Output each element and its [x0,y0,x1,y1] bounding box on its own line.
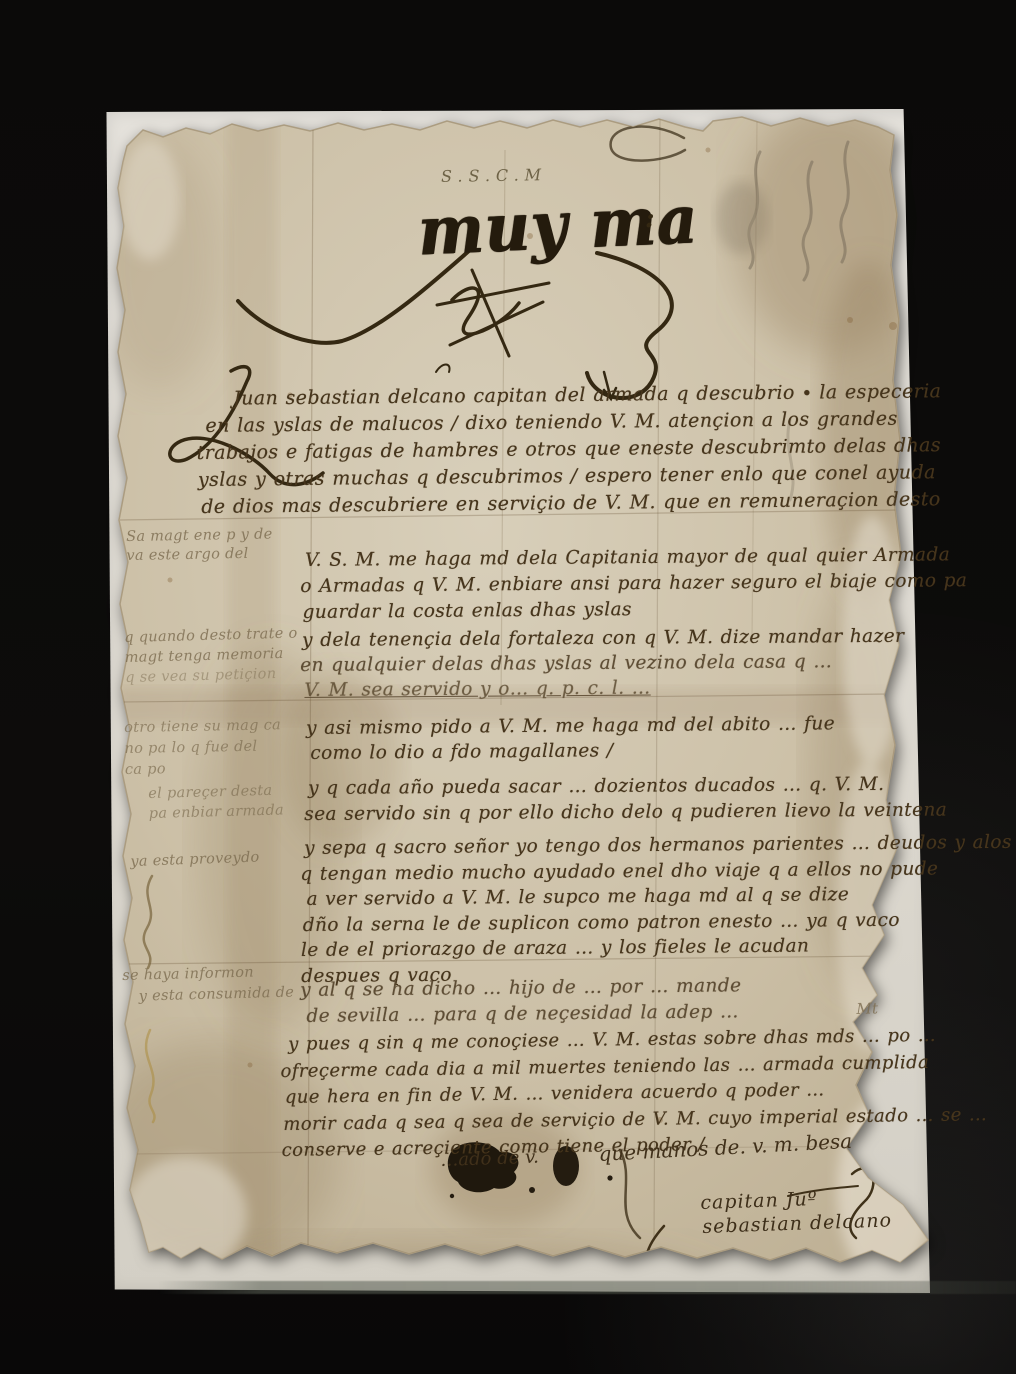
manuscript-text-layer: S.S.C.M muy ma : Juan sebastian delcano … [0,0,1016,1374]
paragraph-seville: y al q se ha dicho … hijo de … por … man… [292,973,742,1030]
margin-note: se haya informon y esta consumida de [122,962,294,1008]
paragraph-captaincy: V. S. M. me haga md dela Capitania mayor… [300,542,968,626]
salutation-calligraphy: muy ma [416,180,699,271]
paragraph-ducats: y q cada año pueda sacar … dozientos duc… [304,772,947,828]
display-case-background: S.S.C.M muy ma : Juan sebastian delcano … [0,0,1016,1374]
paragraph-habit: y asi mismo pido a V. M. me haga md del … [300,711,835,766]
header-abbreviation: S.S.C.M [441,165,547,186]
closing-fragment: …ado de v. [440,1147,539,1171]
margin-note: el pareçer desta pa enbiar armada [148,780,284,824]
body-line: guardar la costa enlas dhas yslas [302,594,967,626]
signature-name: sebastian delcano [702,1209,892,1238]
body-line: en qualquier delas dhas yslas al vezino … [300,649,904,678]
margin-note: otro tiene su mag ca no pa lo q fue del … [124,715,282,781]
salutation-mark: : [645,204,655,234]
paragraph-opening: Juan sebastian delcano capitan del armad… [196,378,943,521]
paragraph-brothers: y sepa q sacro señor yo tengo dos herman… [298,830,1013,989]
body-line: V. M. sea servido y o… q. p. c. l. … [304,674,904,703]
body-line: sea servido sin q por ello dicho delo q … [304,798,947,828]
body-line: de sevilla … para q de neçesidad la adep… [306,999,742,1030]
paragraph-fortress: y dela tenençia dela fortaleza con q V. … [296,624,905,703]
body-line: y asi mismo pido a V. M. me haga md del … [306,711,835,741]
body-line: como lo dio a fdo magallanes / [310,736,835,766]
margin-note: q quando desto trate o magt tenga memori… [124,623,299,688]
margin-note: Sa magt ene p y de va este argo del [126,525,273,566]
margin-reply: Mt [856,999,879,1018]
margin-note: ya esta proveydo [130,847,260,871]
signature-title: capitan Juº [700,1188,818,1214]
